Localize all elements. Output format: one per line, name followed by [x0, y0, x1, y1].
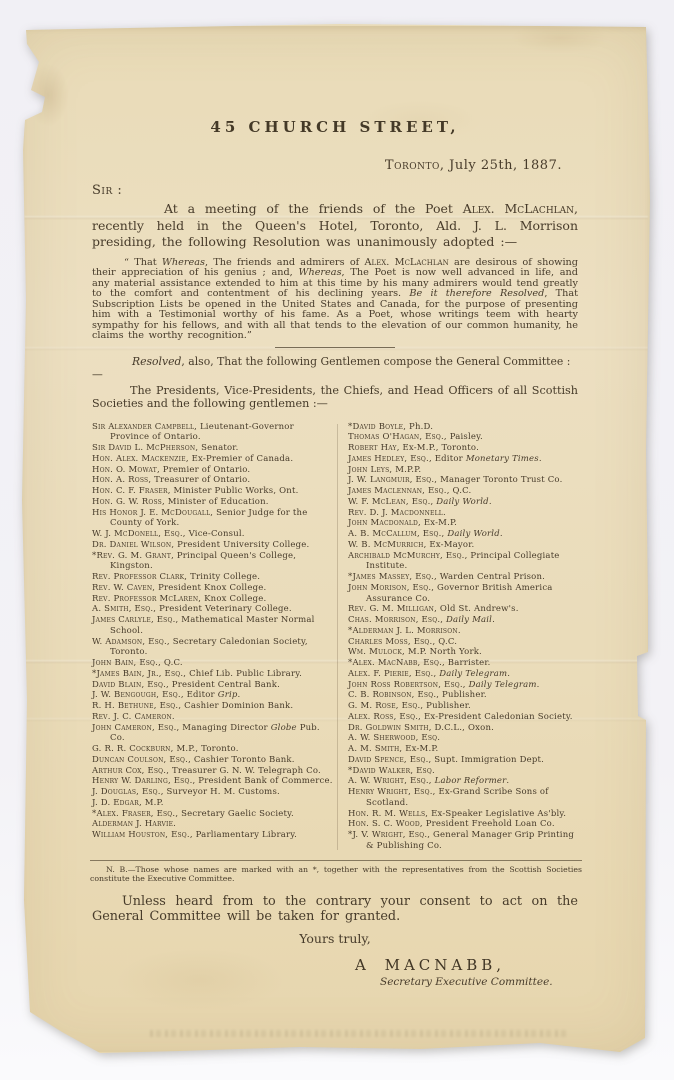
committee-member: A. Smith, Esq., President Veterinary Col… [92, 604, 335, 615]
committee-intro: The Presidents, Vice-Presidents, the Chi… [92, 384, 578, 411]
committee-member: Duncan Coulson, Esq., Cashier Toronto Ba… [92, 755, 335, 766]
signature-title: Secretary Executive Committee. [92, 976, 578, 988]
committee-member: Alderman J. Harvie. [92, 819, 335, 830]
committee-member: John Macdonald, Ex-M.P. [348, 518, 578, 529]
committee-member: Rev. W. Caven, President Knox College. [92, 583, 335, 594]
committee-member: Rev. Professor Clark, Trinity College. [92, 572, 335, 583]
committee-member: Rev. Professor McLaren, Knox College. [92, 594, 335, 605]
committee-member: Hon. O. Mowat, Premier of Ontario. [92, 465, 335, 476]
committee-member: Henry Wright, Esq., Ex-Grand Scribe Sons… [348, 787, 578, 809]
committee-member: Sir David L. McPherson, Senator. [92, 443, 335, 454]
section-rule [275, 347, 395, 348]
footer-rule [90, 860, 582, 861]
committee-member: C. B. Robinson, Esq., Publisher. [348, 690, 578, 701]
committee-member: Henry W. Darling, Esq., President Bank o… [92, 776, 335, 787]
committee-member: Rev. G. M. Milligan, Old St. Andrew's. [348, 604, 578, 615]
committee-member: Hon. C. F. Fraser, Minister Public Works… [92, 486, 335, 497]
committee-member: Hon. S. C. Wood, President Freehold Loan… [348, 819, 578, 830]
committee-member: Wm. Mulock, M.P. North York. [348, 647, 578, 658]
committee-member: Hon. G. W. Ross, Minister of Education. [92, 497, 335, 508]
nb-note: N. B.—Those whose names are marked with … [90, 865, 582, 884]
committee-member: His Honor J. E. McDougall, Senior Judge … [92, 508, 335, 530]
street-address: 45 CHURCH STREET, [92, 118, 578, 136]
committee-member: Archibald McMurchy, Esq., Principal Coll… [348, 551, 578, 573]
committee-member: John Cameron, Esq., Managing Director Gl… [92, 723, 335, 745]
committee-member: Alex. Ross, Esq., Ex-President Caledonia… [348, 712, 578, 723]
committee-member: A. W. Sherwood, Esq. [348, 733, 578, 744]
committee-member: *J. V. Wright, Esq., General Manager Gri… [348, 830, 578, 852]
committee-member: Hon. Alex. Mackenzie, Ex-Premier of Cana… [92, 454, 335, 465]
committee-member: Robert Hay, Ex-M.P., Toronto. [348, 443, 578, 454]
committee-member: John Morison, Esq., Governor British Ame… [348, 583, 578, 605]
committee-member: *Alex. Fraser, Esq., Secretary Gaelic So… [92, 809, 335, 820]
committee-member: Chas. Morrison, Esq., Daily Mail. [348, 615, 578, 626]
committee-member: *Alderman J. L. Morrison. [348, 626, 578, 637]
valediction: Yours truly, [92, 931, 578, 946]
committee-member: Alex. F. Pierie, Esq., Daily Telegram. [348, 669, 578, 680]
committee-member: Hon. R. M. Wells, Ex-Speaker Legislative… [348, 809, 578, 820]
column-divider [337, 424, 338, 850]
committee-member: G. R. R. Cockburn, M.P., Toronto. [92, 744, 335, 755]
show-through-smudge [150, 1030, 570, 1037]
committee-member: *Alex. MacNabb, Esq., Barrister. [348, 658, 578, 669]
intro-paragraph: At a meeting of the friends of the Poet … [92, 201, 578, 251]
committee-member: David Spence, Esq., Supt. Immigration De… [348, 755, 578, 766]
closing-paragraph: Unless heard from to the contrary your c… [92, 894, 578, 925]
committee-list-left: Sir Alexander Campbell, Lieutenant-Gover… [92, 422, 335, 852]
resolved-clause: Resolved, also, That the following Gentl… [92, 355, 578, 381]
dateline: Toronto, July 25th, 1887. [92, 158, 578, 173]
committee-member: *James Massey, Esq., Warden Central Pris… [348, 572, 578, 583]
letter-content: 45 CHURCH STREET, Toronto, July 25th, 18… [92, 118, 578, 988]
committee-member: John Leys, M.P.P. [348, 465, 578, 476]
committee-member: *David Walker, Esq. [348, 766, 578, 777]
committee-member: Rev. D. J. Macdonnell. [348, 508, 578, 519]
committee-member: John Ross Robertson, Esq., Daily Telegra… [348, 680, 578, 691]
committee-member: Dr. Goldwin Smith, D.C.L., Oxon. [348, 723, 578, 734]
committee-member: W. F. McLean, Esq., Daily World. [348, 497, 578, 508]
committee-member: W. J. McDonell, Esq., Vice-Consul. [92, 529, 335, 540]
committee-member: James Carlyle, Esq., Mathematical Master… [92, 615, 335, 637]
committee-member: Charles Moss, Esq., Q.C. [348, 637, 578, 648]
committee-member: William Houston, Esq., Parliamentary Lib… [92, 830, 335, 841]
committee-member: J. W. Langmuir, Esq., Manager Toronto Tr… [348, 475, 578, 486]
committee-member: R. H. Bethune, Esq., Cashier Dominion Ba… [92, 701, 335, 712]
committee-member: W. B. McMurrich, Ex-Mayor. [348, 540, 578, 551]
resolution-paragraph: “ That Whereas, The friends and admirers… [92, 258, 578, 342]
committee-member: John Bain, Esq., Q.C. [92, 658, 335, 669]
committee-list-right: *David Boyle, Ph.D.Thomas O'Hagan, Esq.,… [341, 422, 578, 852]
committee-member: J. W. Bengough, Esq., Editor Grip. [92, 690, 335, 701]
committee-member: *James Bain, Jr., Esq., Chief Lib. Publi… [92, 669, 335, 680]
committee-member: Sir Alexander Campbell, Lieutenant-Gover… [92, 422, 335, 444]
committee-member: A. M. Smith, Ex-M.P. [348, 744, 578, 755]
committee-member: J. D. Edgar, M.P. [92, 798, 335, 809]
committee-member: Thomas O'Hagan, Esq., Paisley. [348, 432, 578, 443]
committee-member: *Rev. G. M. Grant, Principal Queen's Col… [92, 551, 335, 573]
committee-member: W. Adamson, Esq., Secretary Caledonian S… [92, 637, 335, 659]
signature-name: A MACNABB, [92, 956, 578, 974]
committee-member: Dr. Daniel Wilson, President University … [92, 540, 335, 551]
scanned-document-background: 45 CHURCH STREET, Toronto, July 25th, 18… [0, 0, 674, 1080]
committee-member: Arthur Cox, Esq., Treasurer G. N. W. Tel… [92, 766, 335, 777]
committee-member: Hon. A. Ross, Treasurer of Ontario. [92, 475, 335, 486]
committee-member: James Hedley, Esq., Editor Monetary Time… [348, 454, 578, 465]
committee-member: Rev. J. C. Cameron. [92, 712, 335, 723]
committee-member: David Blain, Esq., President Central Ban… [92, 680, 335, 691]
committee-member: G. M. Rose, Esq., Publisher. [348, 701, 578, 712]
salutation: Sir : [92, 183, 578, 198]
paper-shadow-wrap: 45 CHURCH STREET, Toronto, July 25th, 18… [0, 0, 674, 1080]
committee-member: A. B. McCallum, Esq., Daily World. [348, 529, 578, 540]
committee-member: James Maclennan, Esq., Q.C. [348, 486, 578, 497]
document-page: 45 CHURCH STREET, Toronto, July 25th, 18… [0, 0, 674, 1080]
committee-member: A. W. Wright, Esq., Labor Reformer. [348, 776, 578, 787]
committee-member: J. Douglas, Esq., Surveyor H. M. Customs… [92, 787, 335, 798]
committee-member: *David Boyle, Ph.D. [348, 422, 578, 433]
committee-columns: Sir Alexander Campbell, Lieutenant-Gover… [92, 422, 578, 852]
